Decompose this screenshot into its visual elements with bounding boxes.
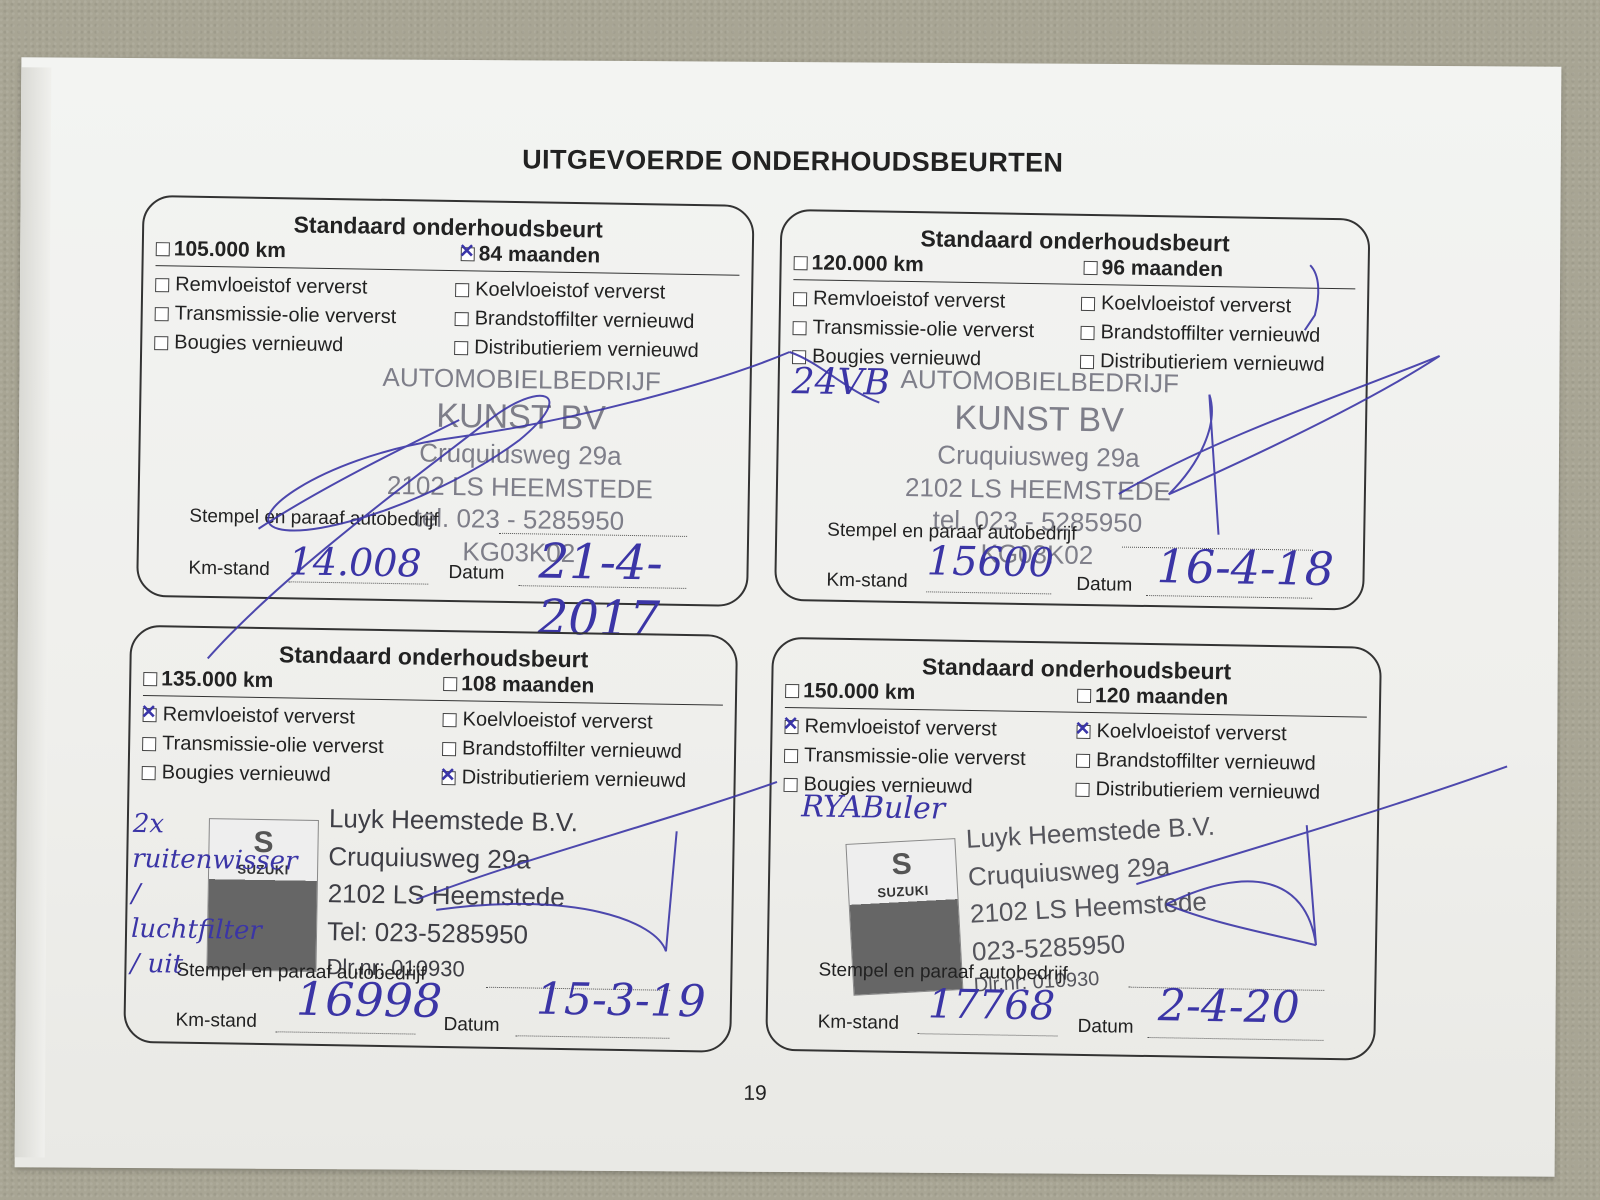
task-checkbox[interactable] <box>1080 325 1094 339</box>
km-interval: 105.000 km <box>174 237 286 263</box>
task-label: Koelvloeistof ververst <box>1096 720 1286 746</box>
task-label: Koelvloeistof ververst <box>1101 292 1291 318</box>
task-label: Transmissie-olie ververst <box>804 744 1026 771</box>
task-item: Transmissie-olie ververst <box>155 302 397 329</box>
task-item: Remvloeistof ververst <box>784 715 997 742</box>
task-list: Remvloeistof ververstKoelvloeistof verve… <box>155 273 739 283</box>
handwritten-date: 15-3-19 <box>536 974 707 1028</box>
task-checkbox[interactable] <box>455 312 469 326</box>
km-checkbox[interactable] <box>785 684 799 698</box>
task-item: Brandstoffilter vernieuwd <box>1080 321 1320 348</box>
km-checkbox[interactable] <box>794 256 808 270</box>
task-label: Transmissie-olie ververst <box>175 302 397 329</box>
task-checkbox[interactable] <box>142 766 156 780</box>
date-label: Datum <box>1077 1016 1133 1039</box>
km-label: Km-stand <box>826 570 908 593</box>
task-checkbox[interactable] <box>1076 724 1090 738</box>
task-item: Bougies vernieuwd <box>154 331 343 357</box>
task-checkbox[interactable] <box>442 770 456 784</box>
task-item: Transmissie-olie ververst <box>792 316 1034 343</box>
km-label: Km-stand <box>817 1012 899 1035</box>
task-item: Distributieriem vernieuwd <box>1075 778 1320 805</box>
task-checkbox[interactable] <box>142 737 156 751</box>
task-label: Distributieriem vernieuwd <box>1095 778 1320 805</box>
task-label: Brandstoffilter vernieuwd <box>462 737 682 764</box>
km-checkbox[interactable] <box>156 242 170 256</box>
months-checkbox[interactable] <box>1084 261 1098 275</box>
task-item: Distributieriem vernieuwd <box>454 336 699 363</box>
booklet-spine <box>15 67 52 1157</box>
task-checkbox[interactable] <box>455 283 469 297</box>
handwritten-note: RYABuler <box>801 789 945 826</box>
page-number: 19 <box>725 1082 785 1106</box>
months-checkbox[interactable] <box>461 247 475 261</box>
maintenance-booklet-page: UITGEVOERDE ONDERHOUDSBEURTEN Standaard … <box>15 57 1562 1176</box>
handwritten-note: 2x ruitenwisser / luchtfilter / uit <box>130 807 223 984</box>
task-item: Brandstoffilter vernieuwd <box>1076 749 1316 776</box>
task-label: Distributieriem vernieuwd <box>474 336 699 363</box>
task-label: Brandstoffilter vernieuwd <box>474 307 694 334</box>
months-interval: 108 maanden <box>461 672 594 698</box>
handwritten-date: 2-4-20 <box>1158 980 1301 1033</box>
km-checkbox[interactable] <box>143 672 157 686</box>
handwritten-date: 16-4-18 <box>1156 539 1334 596</box>
handwritten-km: 14.008 <box>288 539 422 585</box>
km-label: Km-stand <box>188 558 270 581</box>
task-list: Remvloeistof ververstKoelvloeistof verve… <box>143 703 723 713</box>
suzuki-logo-stamp: S SUZUKI <box>206 818 319 972</box>
handwritten-km: 17768 <box>928 981 1056 1029</box>
task-label: Brandstoffilter vernieuwd <box>1100 321 1320 348</box>
handwritten-km: 15600 <box>926 538 1054 586</box>
task-checkbox[interactable] <box>442 742 456 756</box>
task-checkbox[interactable] <box>143 708 157 722</box>
task-label: Remvloeistof ververst <box>162 703 355 729</box>
task-label: Brandstoffilter vernieuwd <box>1096 749 1316 776</box>
km-label: Km-stand <box>175 1010 257 1033</box>
task-item: Koelvloeistof ververst <box>455 278 665 304</box>
task-item: Koelvloeistof ververst <box>442 708 652 734</box>
task-item: Bougies vernieuwd <box>142 761 331 787</box>
task-item: Brandstoffilter vernieuwd <box>442 737 682 764</box>
task-item: Transmissie-olie ververst <box>142 732 384 759</box>
task-checkbox[interactable] <box>154 336 168 350</box>
date-label: Datum <box>1076 574 1132 597</box>
page-title: UITGEVOERDE ONDERHOUDSBEURTEN <box>483 144 1103 179</box>
date-label: Datum <box>448 562 504 585</box>
dealer-stamp: Luyk Heemstede B.V.Cruquiusweg 29a2102 L… <box>326 800 578 987</box>
task-item: Remvloeistof ververst <box>155 273 368 300</box>
task-item: Remvloeistof ververst <box>142 703 355 730</box>
service-card-3: Standaard onderhoudsbeurt 135.000 km 108… <box>123 625 738 1053</box>
task-label: Transmissie-olie ververst <box>162 732 384 759</box>
handwritten-note: 24VB <box>791 361 890 404</box>
stamp-label: Stempel en paraaf autobedrijf <box>189 506 439 532</box>
task-item: Distributieriem vernieuwd <box>441 766 686 793</box>
task-label: Remvloeistof ververst <box>804 715 997 741</box>
task-checkbox[interactable] <box>793 292 807 306</box>
task-label: Remvloeistof ververst <box>175 273 368 299</box>
date-label: Datum <box>443 1014 499 1037</box>
service-card-2: Standaard onderhoudsbeurt 120.000 km 96 … <box>774 209 1370 611</box>
task-label: Bougies vernieuwd <box>162 761 331 787</box>
task-checkbox[interactable] <box>443 713 457 727</box>
task-checkbox[interactable] <box>155 278 169 292</box>
task-list: Remvloeistof ververstKoelvloeistof verve… <box>793 287 1355 296</box>
task-checkbox[interactable] <box>1081 296 1095 310</box>
task-item: Brandstoffilter vernieuwd <box>454 307 694 334</box>
months-checkbox[interactable] <box>1077 689 1091 703</box>
months-interval: 96 maanden <box>1101 256 1223 282</box>
task-checkbox[interactable] <box>784 719 798 733</box>
task-label: Distributieriem vernieuwd <box>461 766 686 793</box>
task-checkbox[interactable] <box>1075 782 1089 796</box>
task-list: Remvloeistof ververstKoelvloeistof verve… <box>785 715 1367 725</box>
task-label: Transmissie-olie ververst <box>812 316 1034 343</box>
task-label: Koelvloeistof ververst <box>475 278 665 304</box>
task-checkbox[interactable] <box>1076 753 1090 767</box>
task-checkbox[interactable] <box>792 321 806 335</box>
task-checkbox[interactable] <box>155 307 169 321</box>
km-interval: 120.000 km <box>811 251 923 277</box>
task-label: Koelvloeistof ververst <box>462 708 652 734</box>
task-item: Transmissie-olie ververst <box>784 744 1026 771</box>
service-card-4: Standaard onderhoudsbeurt 150.000 km 120… <box>765 637 1382 1061</box>
months-interval: 84 maanden <box>479 242 601 268</box>
km-interval: 135.000 km <box>161 667 273 693</box>
task-checkbox[interactable] <box>784 777 798 791</box>
task-item: Koelvloeistof ververst <box>1076 720 1286 746</box>
task-item: Remvloeistof ververst <box>793 287 1006 314</box>
task-checkbox[interactable] <box>784 748 798 762</box>
service-card-1: Standaard onderhoudsbeurt 105.000 km 84 … <box>136 195 755 607</box>
task-label: Bougies vernieuwd <box>174 331 343 357</box>
handwritten-km: 16998 <box>296 972 443 1028</box>
km-interval: 150.000 km <box>803 679 915 705</box>
task-label: Remvloeistof ververst <box>813 287 1006 313</box>
task-item: Koelvloeistof ververst <box>1081 292 1291 318</box>
months-interval: 120 maanden <box>1095 684 1228 710</box>
months-checkbox[interactable] <box>443 677 457 691</box>
task-checkbox[interactable] <box>454 341 468 355</box>
